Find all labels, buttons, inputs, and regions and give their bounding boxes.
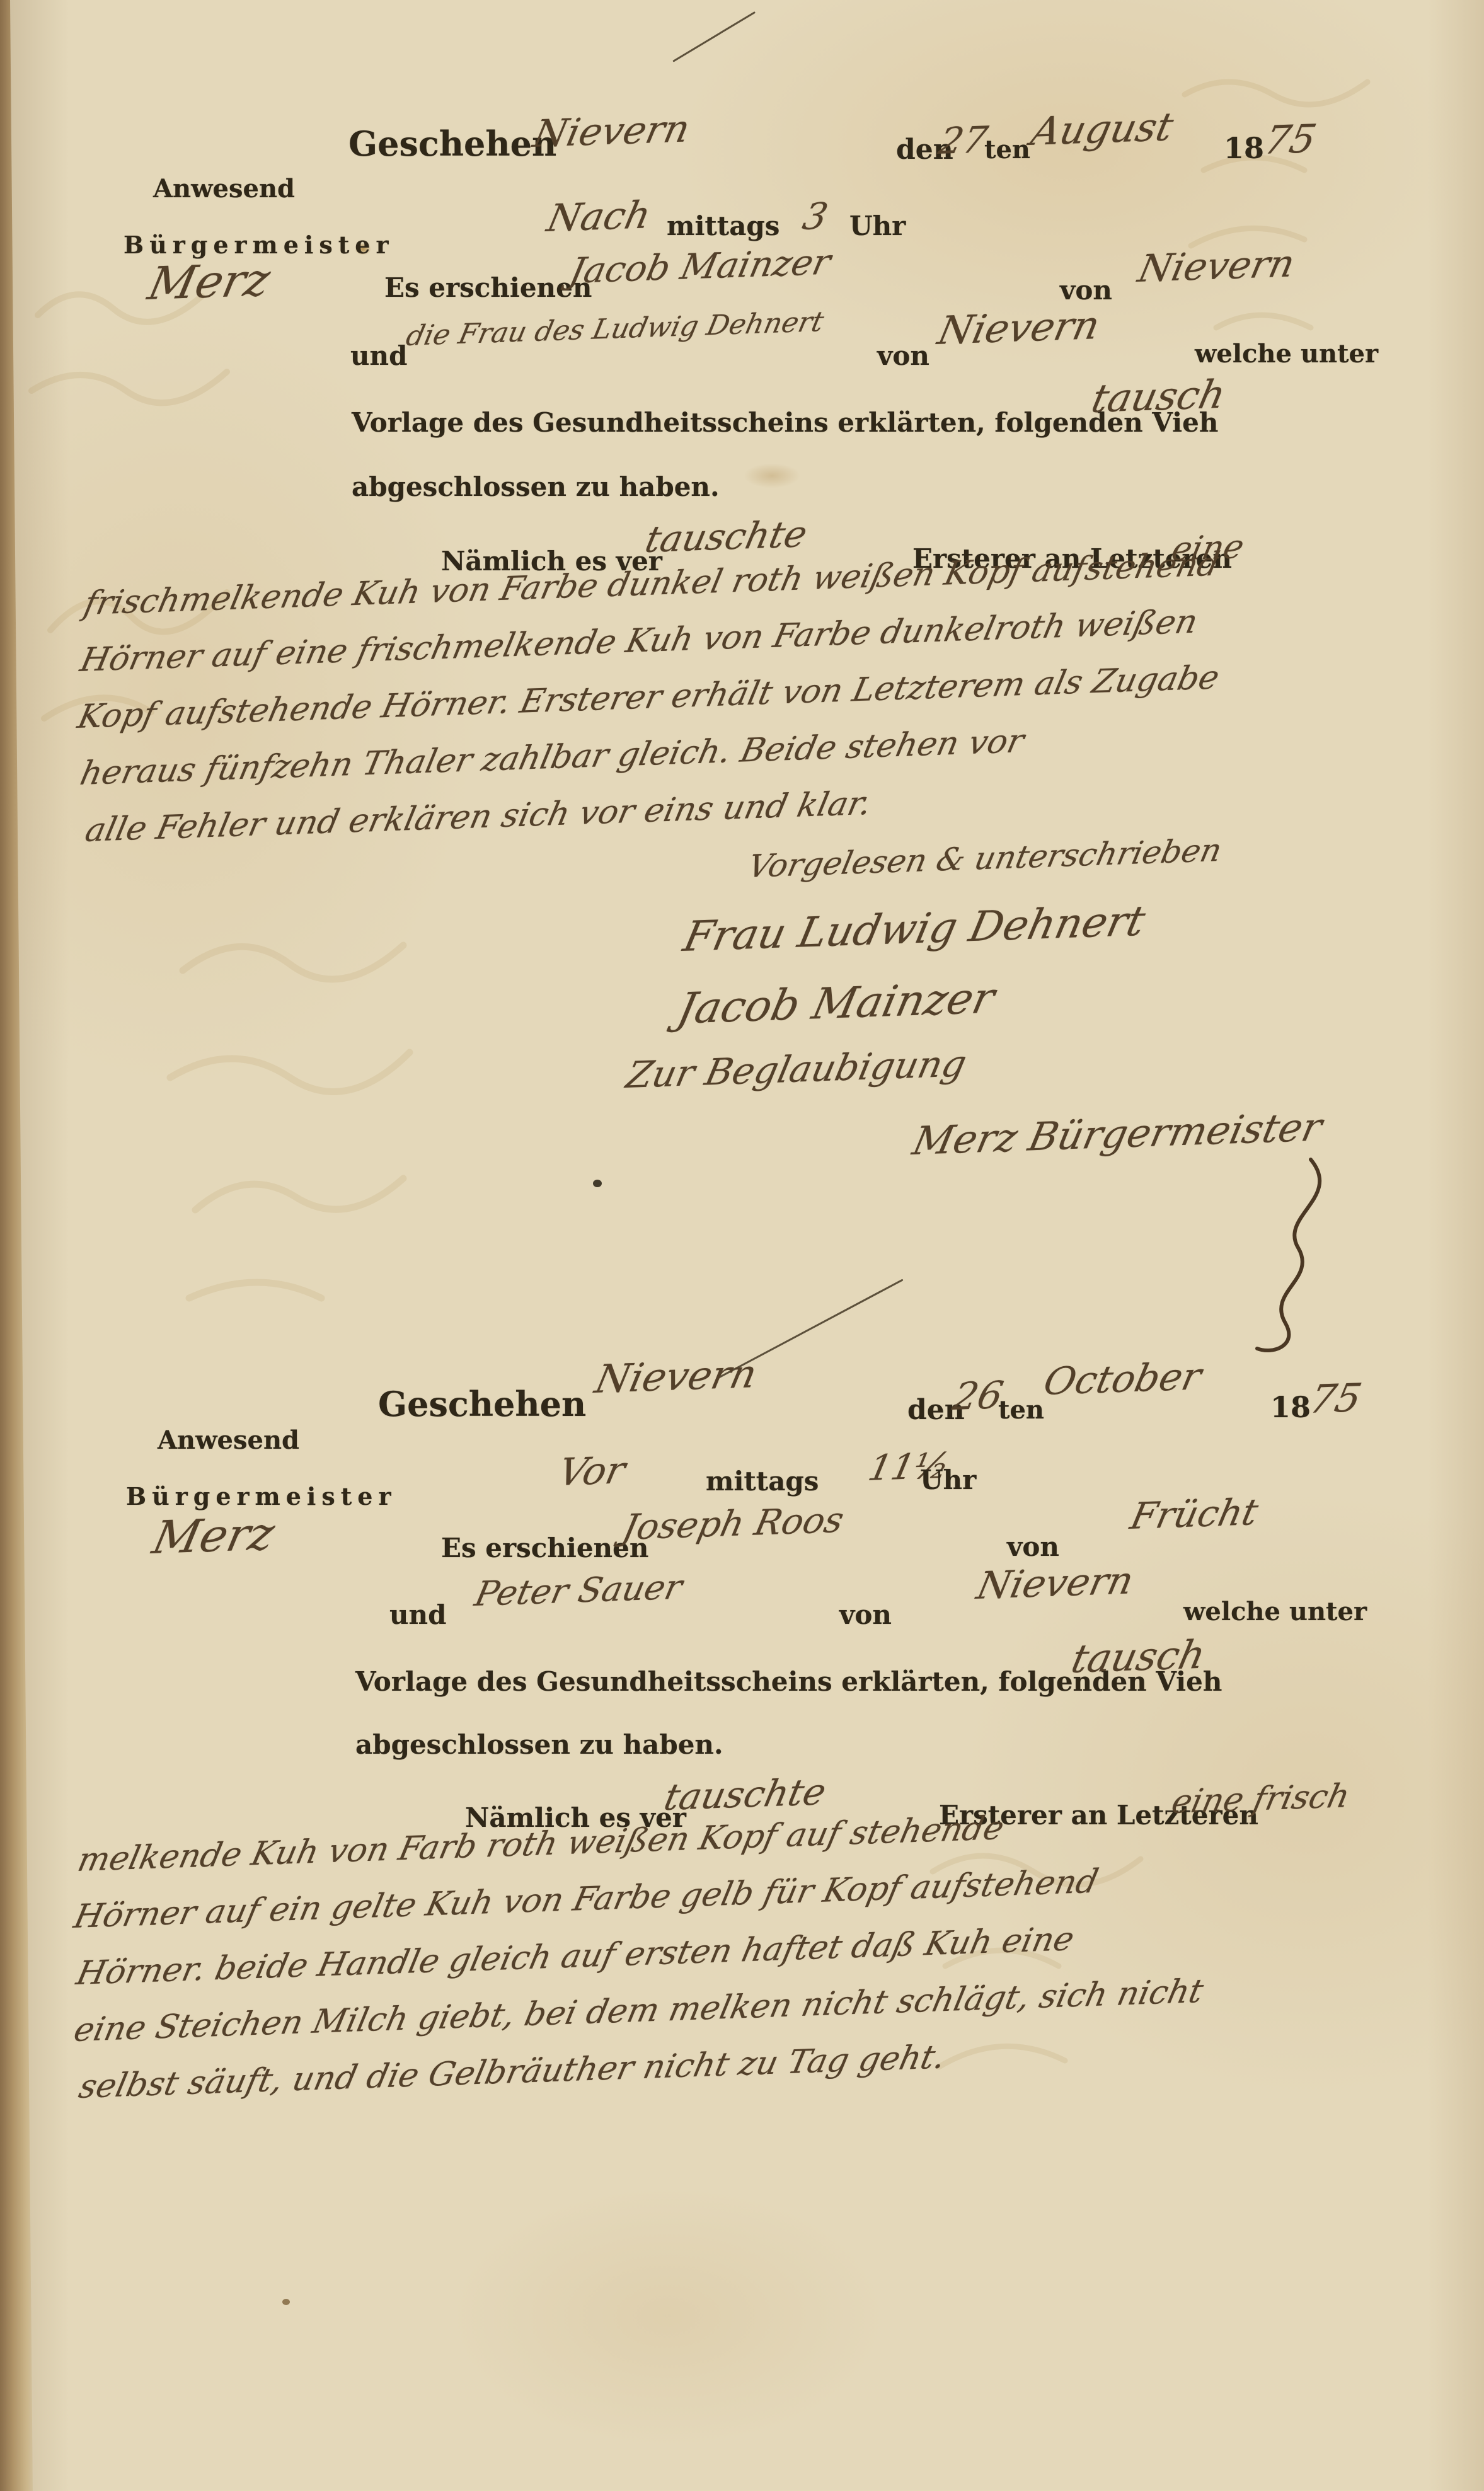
hw-mayor-margin-signature: Merz <box>144 253 275 310</box>
hw-place: Nievern <box>591 1350 761 1402</box>
printed-mittags: mittags <box>667 210 779 241</box>
hw-place1: Frücht <box>1127 1490 1262 1538</box>
printed-von2: von <box>839 1599 892 1630</box>
hw-person1: Joseph Roos <box>619 1500 848 1548</box>
printed-abgeschlossen: abgeschlossen zu haben. <box>355 1729 723 1760</box>
printed-geschehen: Geschehen <box>348 124 556 164</box>
printed-year-prefix: 18 <box>1224 131 1264 165</box>
hw-year-suffix: 75 <box>1306 1374 1366 1422</box>
hw-vorgelesen: Vorgelesen & unterschrieben <box>745 832 1225 885</box>
signature-flourish <box>1197 1159 1386 1361</box>
pen-stroke <box>672 11 756 62</box>
hw-time-prefix: Nach <box>543 193 655 241</box>
printed-year-prefix: 18 <box>1270 1390 1311 1424</box>
printed-vorlage: Vorlage des Gesundheitsscheins erklärten… <box>352 407 1218 438</box>
hw-hour: 3 <box>799 195 832 238</box>
hw-vieh-art: tausch <box>1088 371 1230 422</box>
hw-verb: tauschte <box>660 1770 830 1819</box>
printed-von2: von <box>877 340 929 371</box>
printed-uhr: Uhr <box>849 210 906 241</box>
ink-bleed-ghost <box>158 914 599 1355</box>
printed-und: und <box>389 1599 446 1630</box>
hw-signature-2: Jacob Mainzer <box>673 974 999 1034</box>
hw-verb: tauschte <box>641 512 811 561</box>
scanned-register-page: Geschehen Nievern den 27 ten August 18 7… <box>0 0 1484 2491</box>
hw-mayor-margin-signature: Merz <box>148 1507 279 1564</box>
hw-paragraph-line: heraus fünfzehn Thaler zahlbar gleich. B… <box>77 722 1027 793</box>
hw-place2: Nievern <box>934 302 1104 354</box>
ink-speck <box>282 2299 290 2305</box>
hw-place: Nievern <box>529 107 694 156</box>
printed-es-erschienen: Es erschienen <box>441 1533 648 1563</box>
hw-month: August <box>1027 103 1177 154</box>
hw-vieh-art: tausch <box>1067 1631 1210 1682</box>
printed-anwesend: Anwesend <box>153 174 295 204</box>
ink-speck <box>593 1180 602 1187</box>
hw-year-suffix: 75 <box>1260 115 1320 163</box>
hw-time-prefix: Vor <box>555 1448 629 1495</box>
printed-und: und <box>350 340 407 371</box>
hw-place1: Nievern <box>1134 242 1299 291</box>
hw-place2: Nievern <box>973 1559 1137 1608</box>
printed-mittags: mittags <box>706 1466 819 1497</box>
printed-welche-unter: welche unter <box>1183 1597 1367 1626</box>
printed-welche-unter: welche unter <box>1195 339 1378 369</box>
hw-paragraph-line: alle Fehler und erklären sich vor eins u… <box>82 785 875 849</box>
printed-ten: ten <box>984 135 1030 164</box>
hw-paragraph-line: selbst säuft, und die Gelbräuther nicht … <box>76 2039 949 2106</box>
book-binding-edge <box>0 0 38 2491</box>
printed-anwesend: Anwesend <box>158 1425 299 1455</box>
hw-day: 27 <box>935 118 991 163</box>
hw-object: eine frisch <box>1168 1777 1353 1821</box>
hw-person2: Peter Sauer <box>471 1567 686 1614</box>
printed-von1: von <box>1060 275 1112 306</box>
printed-es-erschienen: Es erschienen <box>384 272 592 303</box>
printed-buergermeister: Bürgermeister <box>126 1482 397 1510</box>
printed-abgeschlossen: abgeschlossen zu haben. <box>352 471 720 502</box>
printed-geschehen: Geschehen <box>378 1384 586 1424</box>
printed-ten: ten <box>998 1395 1044 1425</box>
paper-stain <box>744 463 800 488</box>
hw-mayor-signature: Merz Bürgermeister <box>909 1104 1326 1164</box>
hw-signature-1: Frau Ludwig Dehnert <box>679 897 1149 961</box>
hw-month: October <box>1040 1354 1205 1404</box>
printed-von1: von <box>1007 1531 1059 1562</box>
hw-person1: Jacob Mainzer <box>566 242 834 292</box>
printed-uhr: Uhr <box>920 1464 976 1495</box>
hw-beglaubigung: Zur Beglaubigung <box>623 1042 970 1096</box>
hw-person2: die Frau des Ludwig Dehnert <box>403 306 827 352</box>
